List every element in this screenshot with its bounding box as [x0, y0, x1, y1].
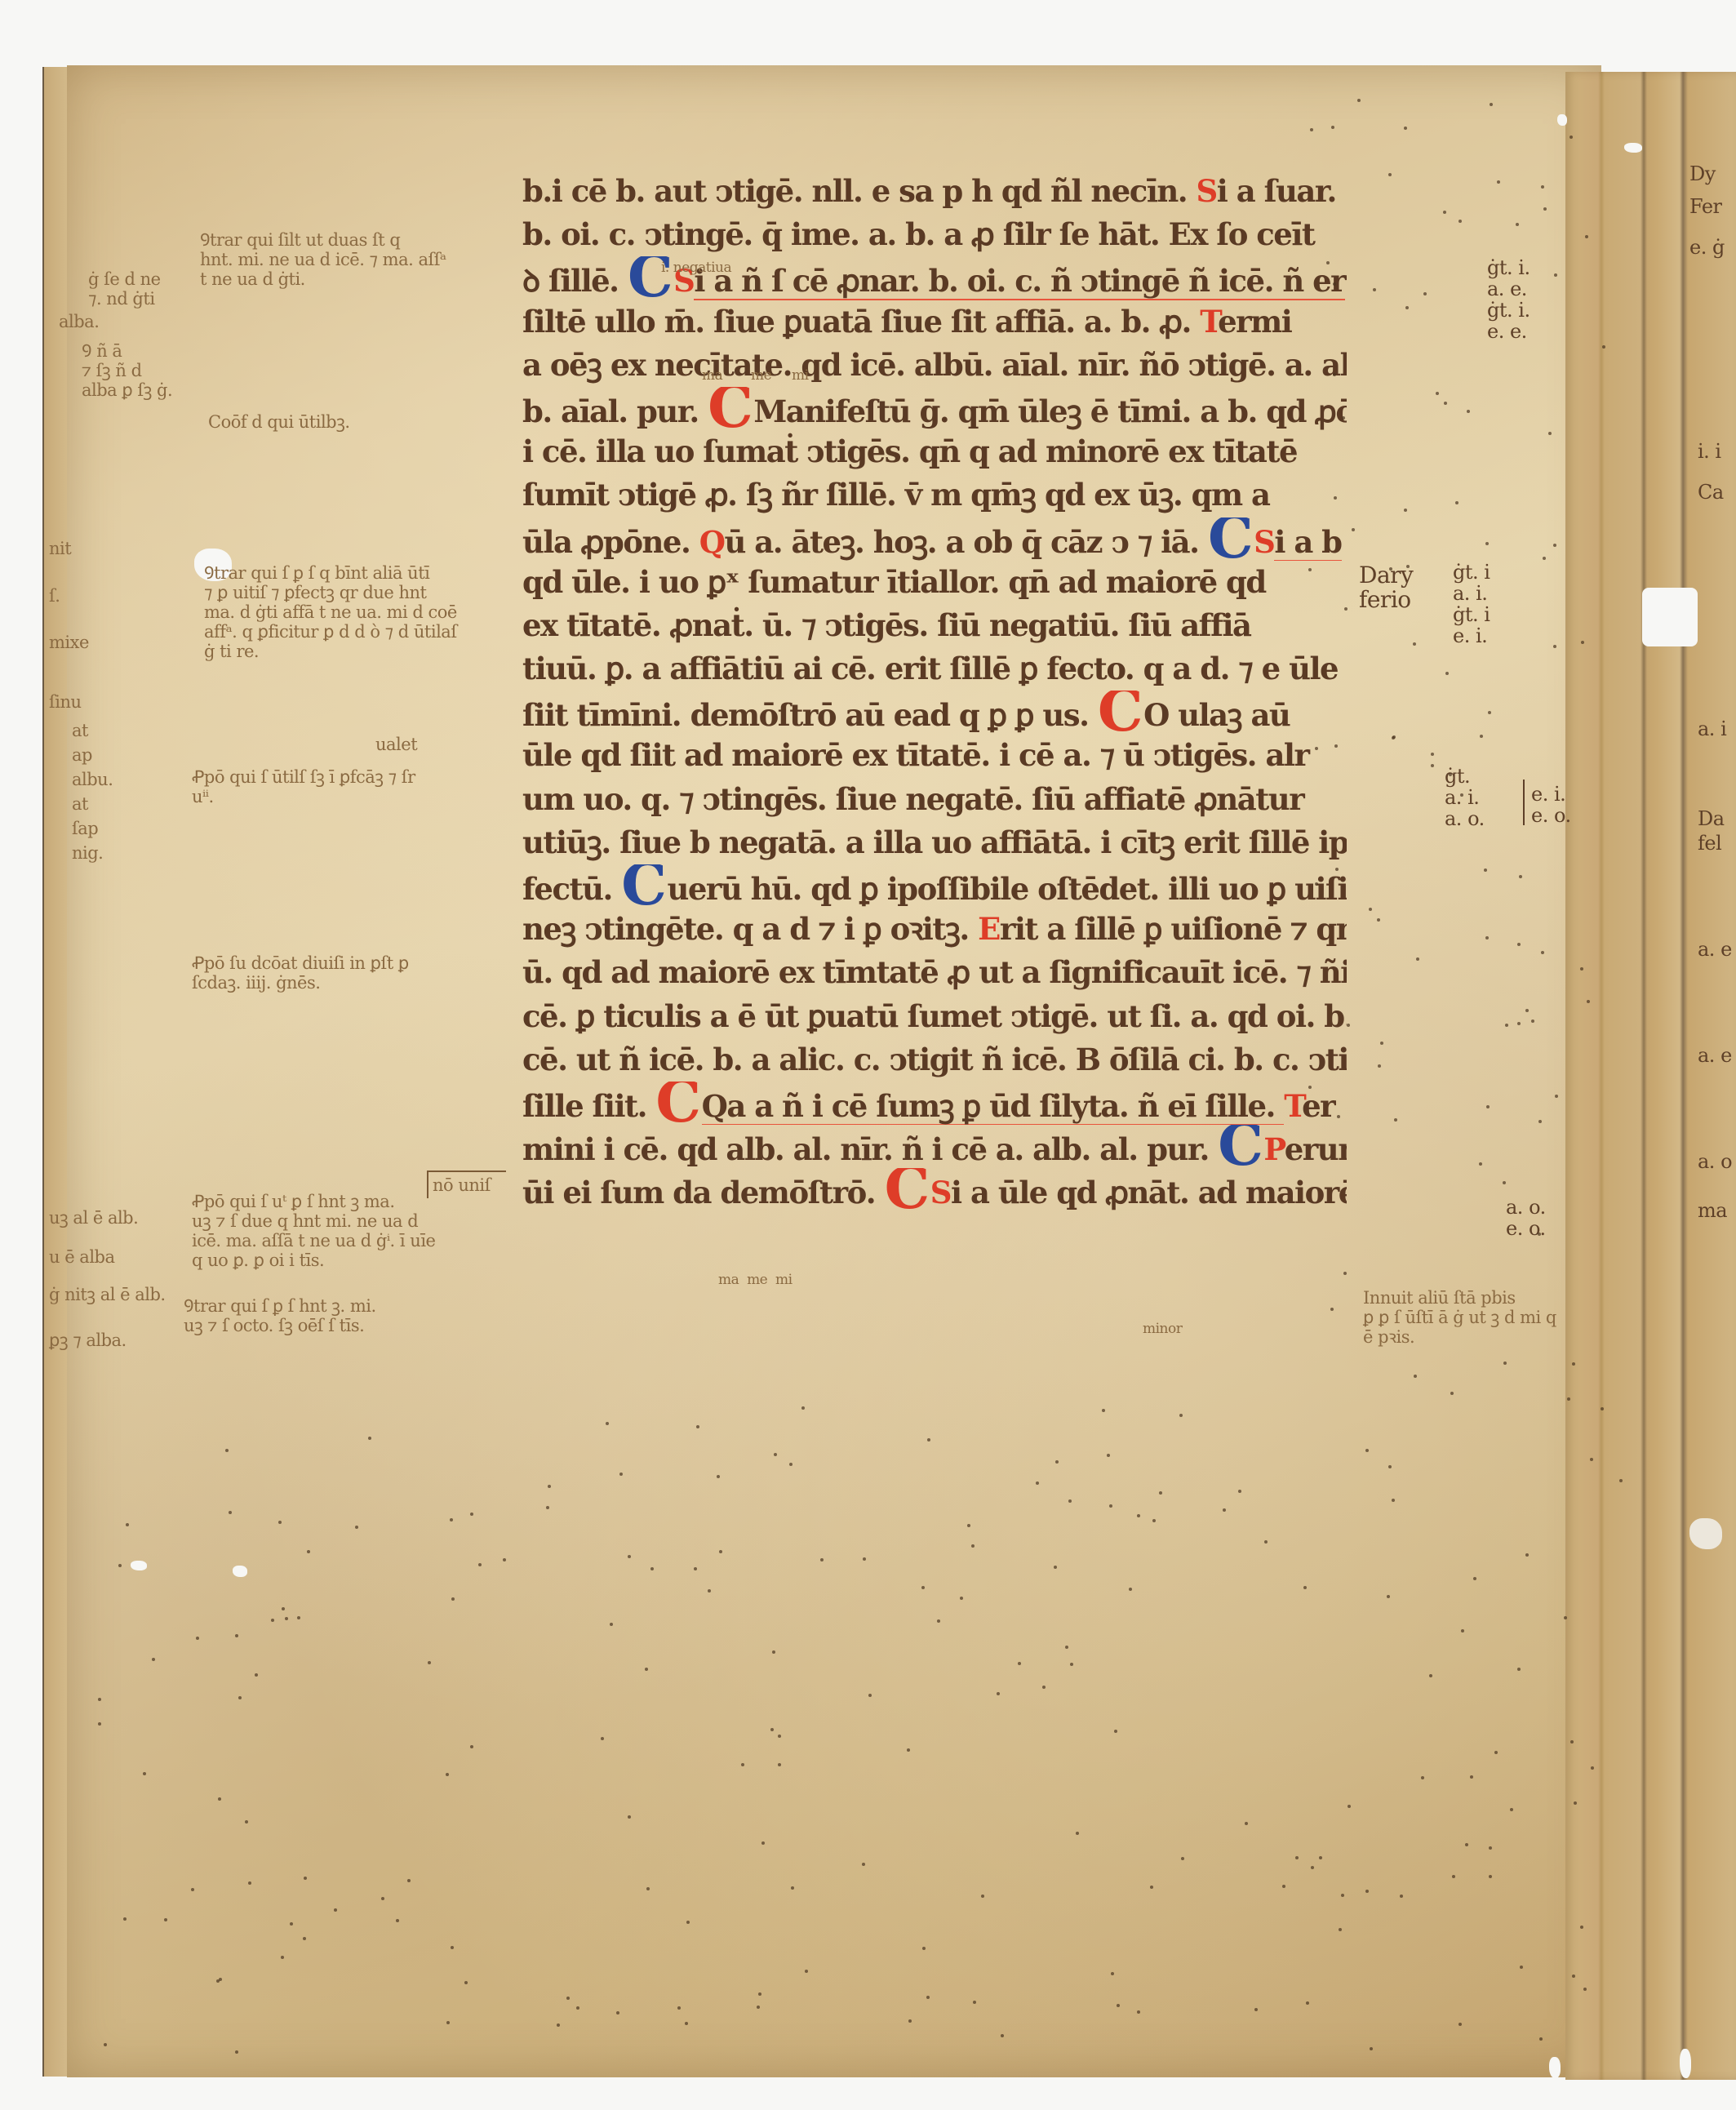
prick-mark — [926, 1996, 930, 1999]
text-line: um uo. q. ⁊ ↄtingēs. ſiue negatē. ſiū af… — [522, 778, 1347, 821]
binding-strip-note: a. o — [1698, 1151, 1732, 1172]
prick-mark — [1485, 936, 1489, 940]
red-initial-capital: C — [708, 387, 752, 428]
text-line: cē. ut ñ icē. b. a alic. c. ↄtigit ñ icē… — [522, 1038, 1347, 1082]
text-segment: ū. qd ad maiorē ex tīmtatē ꝓ ut a ſignif… — [522, 954, 1347, 990]
rubricated-letter: S — [930, 1175, 951, 1210]
prick-mark — [1042, 1686, 1046, 1689]
binding-strip-note: fel — [1698, 833, 1721, 854]
prick-mark — [546, 1506, 549, 1509]
text-line: ex tītatē. ꝓnaṫ. ū. ⁊ ↄtigēs. ſiū negati… — [522, 604, 1347, 647]
interlinear-gloss: ma me mi — [718, 1272, 793, 1288]
prick-mark — [307, 1550, 310, 1553]
prick-mark — [719, 1550, 722, 1553]
prick-mark — [1490, 103, 1493, 106]
prick-mark — [1517, 1022, 1521, 1025]
prick-mark — [1404, 127, 1407, 130]
prick-mark — [685, 2022, 688, 2025]
prick-mark — [104, 2043, 107, 2046]
text-line: i cē. illa uo ſumaṫ ↄtigēs. qn̄ q ad min… — [522, 430, 1347, 473]
outer-margin-note: alba. — [59, 312, 99, 331]
prick-mark — [396, 1919, 399, 1922]
right-margin-note: Dary ferio — [1359, 563, 1413, 612]
binding-strip — [1565, 72, 1736, 2080]
prick-mark — [1036, 1481, 1039, 1485]
text-segment: b. oi. c. ↄtingē. q̄ ime. a. b. a ꝓ ſilr… — [522, 216, 1315, 252]
binding-strip-note: Fer — [1689, 196, 1722, 217]
rubricated-letter: P — [1263, 1131, 1284, 1167]
prick-mark — [1497, 180, 1500, 184]
text-line: fectū. Cuerū hū. qd ꝑ ipoſſibile oſtēdet… — [522, 864, 1347, 908]
prick-mark — [1431, 764, 1434, 767]
prick-mark — [820, 1558, 824, 1561]
prick-mark — [271, 1619, 274, 1622]
prick-mark — [791, 1886, 794, 1890]
prick-mark — [686, 1921, 690, 1924]
text-segment: rit a ſillē ꝑ uiſionē ⁊ qn — [1000, 911, 1347, 947]
prick-mark — [1548, 432, 1552, 435]
binding-strip-note: Ca — [1698, 482, 1724, 503]
damage-hole — [1680, 2049, 1691, 2078]
prick-mark — [1459, 220, 1462, 223]
text-line: ſille ſiit. CQa a ñ i cē ſumꝫ ꝑ ūd ſilyt… — [522, 1082, 1347, 1125]
prick-mark — [694, 1567, 697, 1570]
prick-mark — [1517, 943, 1521, 946]
text-line: b.i cē b. aut ↄtigē. nll. e sa p h qd ñl… — [522, 170, 1347, 213]
text-segment: ūi ei ſum da demōſtrō. — [522, 1175, 885, 1210]
prick-mark — [1308, 568, 1312, 571]
prick-mark — [1539, 2037, 1543, 2041]
margin-gloss: Ꝓpō qui ſ ūtilſ ſꝫ ī ꝑfcāꝫ ⁊ ſr uⁱⁱ. — [192, 767, 415, 806]
prick-mark — [922, 1947, 926, 1950]
outer-margin-note: nit — [49, 539, 71, 558]
prick-mark — [1387, 1595, 1390, 1598]
text-segment: Manifeſtū ḡ. qm̄ ūleꝫ ē tīmi. a b. qd ꝓō… — [753, 393, 1347, 429]
prick-mark — [1531, 1019, 1534, 1023]
interlinear-gloss: minor — [1143, 1321, 1182, 1337]
prick-mark — [1543, 207, 1547, 211]
text-line: b. oi. c. ↄtingē. q̄ ime. a. b. a ꝓ ſilr… — [522, 213, 1347, 256]
text-line: ū. qd ad maiorē ex tīmtatē ꝓ ut a ſignif… — [522, 951, 1347, 994]
prick-mark — [1159, 1491, 1162, 1495]
text-line: ūle qd ſiit ad maiorē ex tītatē. i cē a.… — [522, 734, 1347, 777]
text-segment: i a ſuar. — [1217, 173, 1336, 209]
text-segment: B ōſilā ci. b. c. ↄtigē — [1076, 1042, 1347, 1077]
text-segment: Qa a ñ i cē ſumꝫ ꝑ ūd ſilyta. ñ eī ſille… — [702, 1088, 1285, 1125]
prick-mark — [245, 1820, 248, 1823]
text-segment: b. aīal. pur. — [522, 393, 708, 429]
prick-mark — [290, 1922, 293, 1926]
damage-hole — [1689, 1518, 1722, 1549]
damage-hole — [131, 1561, 147, 1570]
prick-mark — [758, 1992, 761, 1996]
outer-margin-note: ġ nitꝫ al ē alb. — [49, 1285, 166, 1304]
text-segment: b.i cē b. aut ↄtigē. nll. — [522, 173, 872, 209]
prick-mark — [1331, 126, 1334, 129]
prick-mark — [1421, 1776, 1424, 1779]
prick-mark — [255, 1673, 258, 1677]
prick-mark — [1465, 1843, 1468, 1846]
prick-mark — [1541, 185, 1544, 189]
prick-mark — [770, 1728, 774, 1731]
prick-mark — [1591, 1766, 1594, 1770]
blue-initial-capital: C — [1208, 518, 1252, 558]
text-segment: i a ñ ſ cē ꝓnar. b. oi. c. ñ ↄtingē ñ ic… — [694, 263, 1345, 300]
right-margin-note: e. i. e. o. — [1531, 784, 1571, 826]
text-segment: um uo. q. ⁊ ↄtingēs. ſiue negatē. ſiū af… — [522, 781, 1303, 817]
text-segment: mini i cē. qd alb. al. nīr. ñ i cē a. al… — [522, 1131, 1218, 1167]
prick-mark — [1114, 1730, 1117, 1733]
text-segment: i a b — [1274, 524, 1341, 561]
text-line: ſumīt ↄtigē ꝓ. ſꝫ ñr ſillē. v̄ m qm̄ꝫ qd… — [522, 473, 1347, 517]
prick-mark — [1306, 2001, 1309, 2005]
text-segment: e sa p h qd ñl necīn. — [872, 173, 1197, 209]
prick-mark — [1018, 1662, 1021, 1665]
interlinear-gloss: i. negatiua — [661, 260, 731, 276]
text-segment: utiūꝫ. ſiue b negatā. a illa uo affiātā.… — [522, 824, 1347, 860]
prick-mark — [1505, 1024, 1508, 1027]
text-segment: cē. ut ñ icē. b. a alic. c. ↄtigit ñ icē… — [522, 1042, 1076, 1077]
prick-mark — [1583, 1988, 1587, 1991]
outer-margin-note: uꝫ al ē alb. — [49, 1208, 138, 1228]
outer-margin-note: u ē alba — [49, 1247, 115, 1267]
text-segment: cē. ꝑ ticulis a ē ūt ꝑuatū ſumet ↄtigē. … — [522, 998, 1347, 1034]
binding-strip-note: a. e — [1698, 939, 1732, 960]
text-segment: er — [1302, 1088, 1334, 1124]
prick-mark — [1585, 235, 1588, 238]
prick-mark — [1365, 1449, 1369, 1452]
prick-mark — [1519, 875, 1522, 878]
text-line: ſiit tīmīni. demōſtrō aū ead q ꝑ ꝑ us. C… — [522, 691, 1347, 734]
prick-mark — [1460, 793, 1463, 797]
text-segment: i a ūle qd ꝓnāt. ad maiorē ex — [951, 1175, 1347, 1210]
rubricated-letter: E — [978, 911, 1000, 947]
prick-mark — [1334, 744, 1338, 748]
text-line: ꝺ ſillē. CSi a ñ ſ cē ꝓnar. b. oi. c. ñ … — [522, 256, 1347, 300]
text-segment: ermi — [1218, 304, 1291, 340]
text-segment: ſiit tīmīni. demōſtrō aū ead q ꝑ ꝑ us. — [522, 697, 1098, 733]
binding-strip-note: ma — [1698, 1200, 1727, 1221]
prick-mark — [1580, 967, 1583, 971]
prick-mark — [1567, 1397, 1570, 1401]
prick-mark — [1370, 2047, 1373, 2050]
prick-mark — [1543, 557, 1546, 560]
prick-mark — [805, 1970, 808, 1973]
prick-mark — [464, 1981, 468, 1984]
right-margin-note: ġt. i. a. e. ġt. i. e. e. — [1487, 257, 1530, 342]
prick-mark — [1405, 306, 1409, 309]
prick-mark — [557, 2023, 560, 2027]
text-segment: tiuū. ꝑ. a affiātiū ai cē. erit ſillē ꝑ … — [522, 651, 1338, 686]
binding-strip-note: a. e — [1698, 1045, 1732, 1066]
text-segment: ū a. āteꝫ. hoꝫ. a ob q̄ cāz ↄ ⁊ iā. — [724, 524, 1207, 560]
damage-hole — [233, 1566, 247, 1577]
damage-hole — [1557, 114, 1567, 126]
prick-mark — [1480, 735, 1483, 738]
text-line: cē. ꝑ ticulis a ē ūt ꝑuatū ſumet ↄtigē. … — [522, 995, 1347, 1038]
prick-mark — [1553, 544, 1556, 547]
text-line: ūla ꝓpōne. Qū a. āteꝫ. hoꝫ. a ob q̄ cāz … — [522, 518, 1347, 561]
margin-gloss: Ꝓpō ſu dcōat diuiſi in ꝑſt ꝑ ſcdaꝫ. iiij… — [192, 953, 409, 993]
rubricated-letter: T — [1200, 304, 1218, 340]
prick-mark — [282, 1607, 285, 1610]
prick-mark — [1461, 1629, 1464, 1632]
main-text-block: b.i cē b. aut ↄtigē. nll. e sa p h qd ñl… — [522, 170, 1347, 1212]
prick-mark — [696, 1425, 699, 1428]
margin-gloss: ualet — [375, 735, 417, 754]
blue-initial-capital: C — [1218, 1125, 1262, 1166]
prick-mark — [1315, 882, 1318, 886]
prick-mark — [1489, 1875, 1492, 1878]
damage-hole — [1642, 588, 1698, 646]
red-initial-capital: C — [1098, 691, 1142, 731]
damage-hole — [1624, 143, 1642, 153]
prick-mark — [1570, 1740, 1574, 1744]
prick-mark — [1352, 528, 1355, 531]
interlinear-gloss: ma — [702, 367, 722, 384]
prick-mark — [576, 2006, 579, 2010]
prick-mark — [1179, 1414, 1183, 1417]
rubricated-letter: T — [1284, 1088, 1302, 1124]
text-line: tiuū. ꝑ. a affiātiū ai cē. erit ſillē ꝑ … — [522, 647, 1347, 691]
leaf-left-edge — [42, 67, 70, 2077]
text-segment: i cē. illa uo ſumaṫ ↄtigēs. qn̄ q ad min… — [522, 433, 1297, 469]
text-segment: fectū. — [522, 871, 621, 907]
text-segment: a oēꝫ ex necītate. qd icē. albū. aīal. n… — [522, 347, 1347, 383]
text-segment: neꝫ ↄtingēte. q a d ⁊ i ꝑ oꝛitꝫ. — [522, 911, 978, 947]
prick-mark — [801, 1406, 805, 1410]
binding-strip-note: Dy — [1689, 163, 1716, 184]
prick-mark — [1001, 2034, 1004, 2037]
outer-margin-note: mixe — [49, 633, 89, 652]
prick-mark — [1109, 1504, 1112, 1508]
text-segment: ꝺ ſillē. — [522, 263, 628, 299]
prick-mark — [1503, 1362, 1507, 1365]
prick-mark — [1392, 736, 1395, 740]
text-line: ūi ei ſum da demōſtrō. CSi a ūle qd ꝓnāt… — [522, 1168, 1347, 1211]
prick-mark — [973, 2001, 976, 2004]
prick-mark — [1602, 345, 1605, 349]
prick-mark — [1564, 1616, 1567, 1619]
right-margin-note: ġt. i a. i. ġt. i e. i. — [1453, 562, 1490, 646]
text-line: a oēꝫ ex necītate. qd icē. albū. aīal. n… — [522, 344, 1347, 387]
red-initial-capital: C — [885, 1168, 929, 1209]
prick-mark — [1443, 211, 1446, 214]
boxed-margin-note: nō uniſ — [433, 1175, 491, 1195]
prick-mark — [1406, 565, 1410, 568]
text-segment: qd ūle. i uo ꝑˣ ſumatur ītiallor. qn̄ ad… — [522, 564, 1266, 600]
prick-mark — [1488, 711, 1491, 714]
prick-mark — [1400, 1895, 1403, 1898]
text-segment: ūla ꝓpōne. — [522, 524, 699, 560]
interlinear-gloss: me — [751, 367, 771, 384]
prick-mark — [470, 1745, 473, 1748]
text-line: mini i cē. qd alb. al. nīr. ñ i cē a. al… — [522, 1125, 1347, 1168]
prick-mark — [1423, 292, 1427, 295]
outer-margin-note: ꝑꝫ ⁊ alba. — [49, 1330, 127, 1350]
binding-strip-note: Da — [1698, 808, 1725, 829]
prick-mark — [1311, 1866, 1314, 1869]
prick-mark — [1473, 1577, 1476, 1580]
prick-mark — [789, 1463, 793, 1466]
prick-mark — [450, 1518, 453, 1521]
prick-mark — [1341, 1894, 1344, 1897]
binding-strip-note: i. i — [1698, 441, 1721, 462]
prick-mark — [1129, 1588, 1132, 1591]
prick-mark — [967, 1524, 970, 1527]
text-line: qd ūle. i uo ꝑˣ ſumatur ītiallor. qn̄ ad… — [522, 561, 1347, 604]
prick-mark — [216, 1979, 220, 1983]
text-segment: ſumīt ↄtigē ꝓ. ſꝫ ñr ſillē. v̄ m qm̄ꝫ qd… — [522, 477, 1270, 513]
text-line: b. aīal. pur. CManifeſtū ḡ. qm̄ ūleꝫ ē t… — [522, 387, 1347, 430]
prick-mark — [927, 1438, 930, 1441]
prick-mark — [1414, 1375, 1417, 1378]
prick-mark — [451, 1597, 455, 1601]
prick-mark — [1223, 1508, 1226, 1512]
outer-margin-note: ġ ſe d ne ⁊. nd ġti — [88, 269, 161, 309]
prick-mark — [1619, 1479, 1623, 1482]
prick-mark — [1181, 1857, 1184, 1860]
text-segment: ſille ſiit. — [522, 1088, 655, 1124]
prick-mark — [1494, 1751, 1498, 1754]
rubricated-letter: Q — [699, 524, 725, 560]
prick-mark — [229, 1511, 232, 1514]
text-line: ſiltē ullo m̄. ſiue ꝑuatā ſiue ſit affiā… — [522, 300, 1347, 344]
margin-gloss: Ꝓpō qui ſ uᵗ ꝑ ſ hnt ꝫ ma. uꝫ ⁊ ſ due q … — [192, 1192, 435, 1270]
margin-gloss: Ꝯtrar qui ſ ꝑ ſ hnt ꝫ. mi. uꝫ ⁊ ſ octo. … — [184, 1296, 376, 1335]
prick-mark — [646, 1887, 650, 1890]
outer-margin-note: at ap albu. at ſap nig. — [72, 718, 113, 865]
prick-mark — [1541, 951, 1544, 954]
text-segment: ſiltē ullo m̄. ſiue ꝑuatā ſiue ſit affiā… — [522, 304, 1200, 340]
margin-gloss: Ꝯtrar qui ſ ꝑ ſ q bīnt aliā ūtī ⁊ ꝑ uiti… — [204, 563, 457, 661]
text-segment: O ulaꝫ aū — [1143, 697, 1290, 733]
prick-mark — [778, 1763, 781, 1766]
prick-mark — [1339, 1928, 1342, 1931]
rubricated-letter: S — [1197, 173, 1217, 209]
outer-margin-note: ſ. — [49, 586, 60, 606]
prick-mark — [1581, 641, 1584, 644]
rubricated-letter: S — [1254, 524, 1274, 560]
prick-mark — [225, 1449, 229, 1452]
prick-mark — [1601, 1407, 1604, 1410]
prick-mark — [1554, 273, 1557, 277]
prick-mark — [548, 1485, 551, 1488]
prick-mark — [1580, 1926, 1583, 1929]
prick-mark — [1516, 223, 1519, 226]
prick-mark — [381, 1897, 384, 1900]
prick-mark — [1416, 957, 1419, 961]
prick-mark — [98, 1722, 101, 1726]
prick-mark — [470, 1513, 473, 1516]
text-segment: ūle qd ſiit ad maiorē ex tītatē. i cē a.… — [522, 737, 1308, 773]
prick-mark — [1538, 1233, 1541, 1236]
right-margin-note: Innuit aliū ſtā pbis ꝑ ꝑ ſ ūſtī ā ġ ut ꝫ… — [1363, 1288, 1556, 1347]
blue-initial-capital: C — [621, 864, 665, 905]
text-line: utiūꝫ. ſiue b negatā. a illa uo affiātā.… — [522, 821, 1347, 864]
prick-mark — [1517, 1668, 1521, 1671]
binding-strip-note: e. ġ — [1689, 237, 1725, 258]
margin-gloss: Coōf d qui ūtilbꝫ. — [208, 412, 350, 432]
binding-strip-note: a. i — [1698, 718, 1726, 740]
text-segment: uerū hū. qd ꝑ ipoſſibile oſtēdet. illi u… — [667, 871, 1347, 907]
prick-mark — [606, 1422, 609, 1425]
text-line: neꝫ ↄtingēte. q a d ⁊ i ꝑ oꝛitꝫ. Erit a … — [522, 908, 1347, 951]
prick-mark — [1470, 1775, 1473, 1779]
prick-mark — [1389, 567, 1392, 571]
prick-mark — [862, 1863, 865, 1866]
prick-mark — [1449, 773, 1452, 776]
note-separator — [1523, 780, 1525, 825]
outer-margin-note: ſinu — [49, 692, 82, 712]
damage-hole — [1549, 2057, 1561, 2078]
prick-mark — [1365, 1890, 1369, 1893]
prick-mark — [960, 1597, 963, 1600]
outer-margin-note: Ꝯ ñ ā ⁊ ſꝫ ñ d alba ꝑ ſꝫ ġ. — [82, 341, 172, 400]
text-segment: erum ſin — [1285, 1131, 1347, 1167]
margin-gloss: Ꝯtrar qui ſilt ut duas ſt q hnt. mi. ne … — [200, 230, 446, 289]
text-segment: ex tītatē. ꝓnaṫ. ū. ⁊ ↄtigēs. ſiū negati… — [522, 607, 1251, 643]
prick-mark — [1076, 1832, 1079, 1835]
prick-mark — [1333, 373, 1336, 376]
prick-mark — [619, 1473, 623, 1476]
interlinear-gloss: mi — [792, 367, 809, 384]
prick-mark — [1254, 2008, 1258, 2011]
prick-mark — [1137, 1514, 1140, 1517]
prick-mark — [238, 1696, 242, 1699]
red-initial-capital: C — [655, 1082, 699, 1122]
